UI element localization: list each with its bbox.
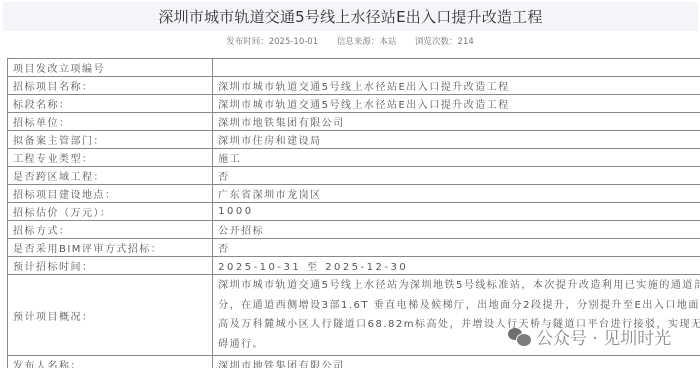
- row-value: 2025-10-31 至 2025-12-30: [213, 257, 700, 275]
- row-label: 是否采用BIM评审方式招标：: [8, 239, 213, 257]
- row-label: 工程专业类型：: [8, 149, 213, 167]
- table-row: 发布人名称： 深圳市地铁集团有限公司: [8, 356, 700, 368]
- row-value: 广东省深圳市龙岗区: [213, 185, 700, 203]
- row-value: 深圳市城市轨道交通5号线上水径站E出入口提升改造工程: [213, 77, 700, 95]
- row-value: 深圳市地铁集团有限公司: [213, 113, 700, 131]
- table-row: 招标项目名称： 深圳市城市轨道交通5号线上水径站E出入口提升改造工程: [8, 77, 700, 95]
- page-title: 深圳市城市轨道交通5号线上水径站E出入口提升改造工程: [158, 6, 542, 27]
- row-label: 项目发改立项编号: [8, 59, 213, 77]
- title-band: 深圳市城市轨道交通5号线上水径站E出入口提升改造工程: [3, 2, 698, 31]
- view-count: 浏览次数：214: [415, 37, 474, 47]
- row-label: 发布人名称：: [8, 356, 213, 368]
- row-value: 深圳市城市轨道交通5号线上水径站E出入口提升改造工程: [213, 95, 700, 113]
- info-source: 信息来源：本站: [337, 37, 397, 47]
- row-value: [213, 59, 700, 77]
- row-label: 招标估价（万元）：: [8, 203, 213, 221]
- row-label: 预计项目概况：: [8, 275, 213, 356]
- wechat-icon: [508, 328, 530, 345]
- row-value: 公开招标: [213, 221, 700, 239]
- row-value: 施工: [213, 149, 700, 167]
- row-label: 招标项目建设地点：: [8, 185, 213, 203]
- table-row: 招标方式： 公开招标: [8, 221, 700, 239]
- row-value: 否: [213, 239, 700, 257]
- table-row: 是否采用BIM评审方式招标： 否: [8, 239, 700, 257]
- row-label: 是否跨区域工程：: [8, 167, 213, 185]
- table-row: 标段名称： 深圳市城市轨道交通5号线上水径站E出入口提升改造工程: [8, 95, 700, 113]
- row-label: 招标项目名称：: [8, 77, 213, 95]
- row-value: 深圳市住房和建设局: [213, 131, 700, 149]
- row-label: 拟备案主管部门：: [8, 131, 213, 149]
- watermark: 公众号 · 见圳时光: [508, 324, 671, 349]
- table-row: 是否跨区域工程： 否: [8, 167, 700, 185]
- table-row: 工程专业类型： 施工: [8, 149, 700, 167]
- row-label: 预计招标时间：: [8, 257, 213, 275]
- table-row: 招标单位： 深圳市地铁集团有限公司: [8, 113, 700, 131]
- table-row: 拟备案主管部门： 深圳市住房和建设局: [8, 131, 700, 149]
- row-value: 否: [213, 167, 700, 185]
- tender-info-table: 项目发改立项编号 招标项目名称： 深圳市城市轨道交通5号线上水径站E出入口提升改…: [7, 58, 700, 368]
- row-label: 标段名称：: [8, 95, 213, 113]
- table-row: 招标项目建设地点： 广东省深圳市龙岗区: [8, 185, 700, 203]
- watermark-text: 公众号 · 见圳时光: [536, 324, 671, 349]
- row-label: 招标方式：: [8, 221, 213, 239]
- publish-time: 发布时间：2025-10-01: [226, 37, 318, 47]
- row-value: 1000: [213, 203, 700, 221]
- article-meta: 发布时间：2025-10-01 信息来源：本站 浏览次数：214: [0, 35, 700, 47]
- table-row: 预计招标时间： 2025-10-31 至 2025-12-30: [8, 257, 700, 275]
- row-value: 深圳市地铁集团有限公司: [213, 356, 700, 368]
- table-row: 招标估价（万元）： 1000: [8, 203, 700, 221]
- row-label: 招标单位：: [8, 113, 213, 131]
- table-row: 项目发改立项编号: [8, 59, 700, 77]
